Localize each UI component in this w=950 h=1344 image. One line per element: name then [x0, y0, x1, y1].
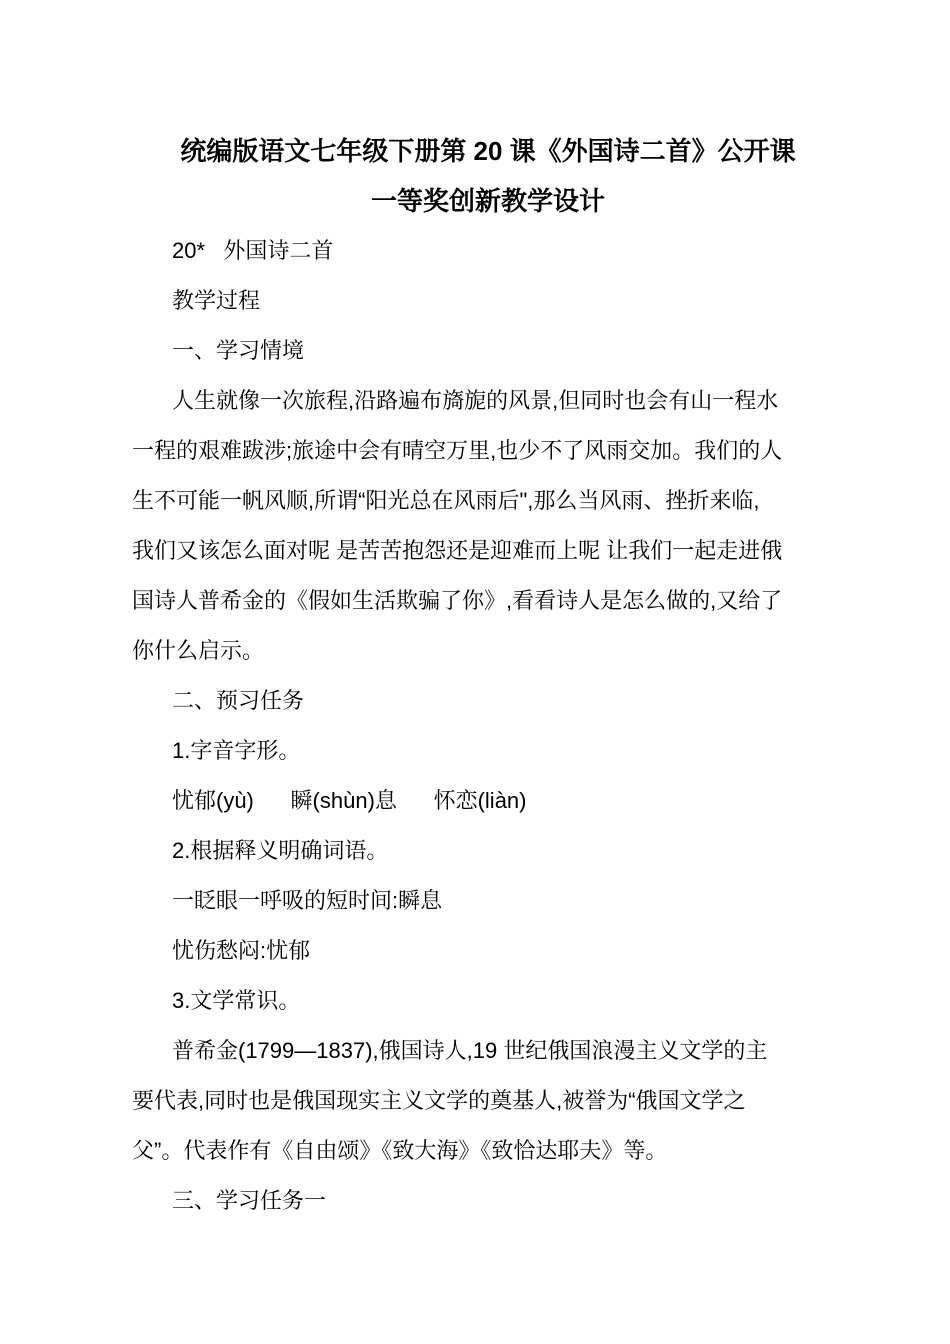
author-intro-line-1: 普希金(1799—1837),俄国诗人,19 世纪俄国浪漫主义文学的主: [132, 1026, 816, 1076]
document-page: 统编版语文七年级下册第 20 课《外国诗二首》公开课 一等奖创新教学设计 20*…: [0, 0, 950, 1344]
learning-situation-text-line-3: 生不可能一帆风顺,所谓“阳光总在风雨后",那么当风雨、挫折来临,: [132, 476, 816, 526]
page-title-line-1: 统编版语文七年级下册第 20 课《外国诗二首》公开课: [132, 126, 816, 176]
task-1-heading: 1.字音字形。: [132, 726, 816, 776]
task-3-heading: 3.文学常识。: [132, 976, 816, 1026]
lesson-number-line: 20* 外国诗二首: [132, 226, 816, 276]
definition-line-1: 一眨眼一呼吸的短时间:瞬息: [132, 876, 816, 926]
task-2-heading: 2.根据释义明确词语。: [132, 826, 816, 876]
page-title-line-2: 一等奖创新教学设计: [132, 176, 816, 226]
document-body: 统编版语文七年级下册第 20 课《外国诗二首》公开课 一等奖创新教学设计 20*…: [132, 126, 816, 1226]
learning-situation-heading: 一、学习情境: [132, 326, 816, 376]
definition-line-2: 忧伤愁闷:忧郁: [132, 926, 816, 976]
learning-situation-text-line-5: 国诗人普希金的《假如生活欺骗了你》,看看诗人是怎么做的,又给了: [132, 576, 816, 626]
pinyin-line: 忧郁(yù) 瞬(shùn)息 怀恋(liàn): [132, 776, 816, 826]
learning-task-1-heading: 三、学习任务一: [132, 1176, 816, 1226]
author-intro-line-3: 父”。代表作有《自由颂》《致大海》《致恰达耶夫》等。: [132, 1126, 816, 1176]
author-intro-line-2: 要代表,同时也是俄国现实主义文学的奠基人,被誉为“俄国文学之: [132, 1076, 816, 1126]
learning-situation-text-line-1: 人生就像一次旅程,沿路遍布旖旎的风景,但同时也会有山一程水: [132, 376, 816, 426]
learning-situation-text-line-4: 我们又该怎么面对呢 是苦苦抱怨还是迎难而上呢 让我们一起走进俄: [132, 526, 816, 576]
learning-situation-text-line-2: 一程的艰难跋涉;旅途中会有晴空万里,也少不了风雨交加。我们的人: [132, 426, 816, 476]
learning-situation-text-line-6: 你什么启示。: [132, 626, 816, 676]
teaching-process-heading: 教学过程: [132, 276, 816, 326]
preview-tasks-heading: 二、预习任务: [132, 676, 816, 726]
